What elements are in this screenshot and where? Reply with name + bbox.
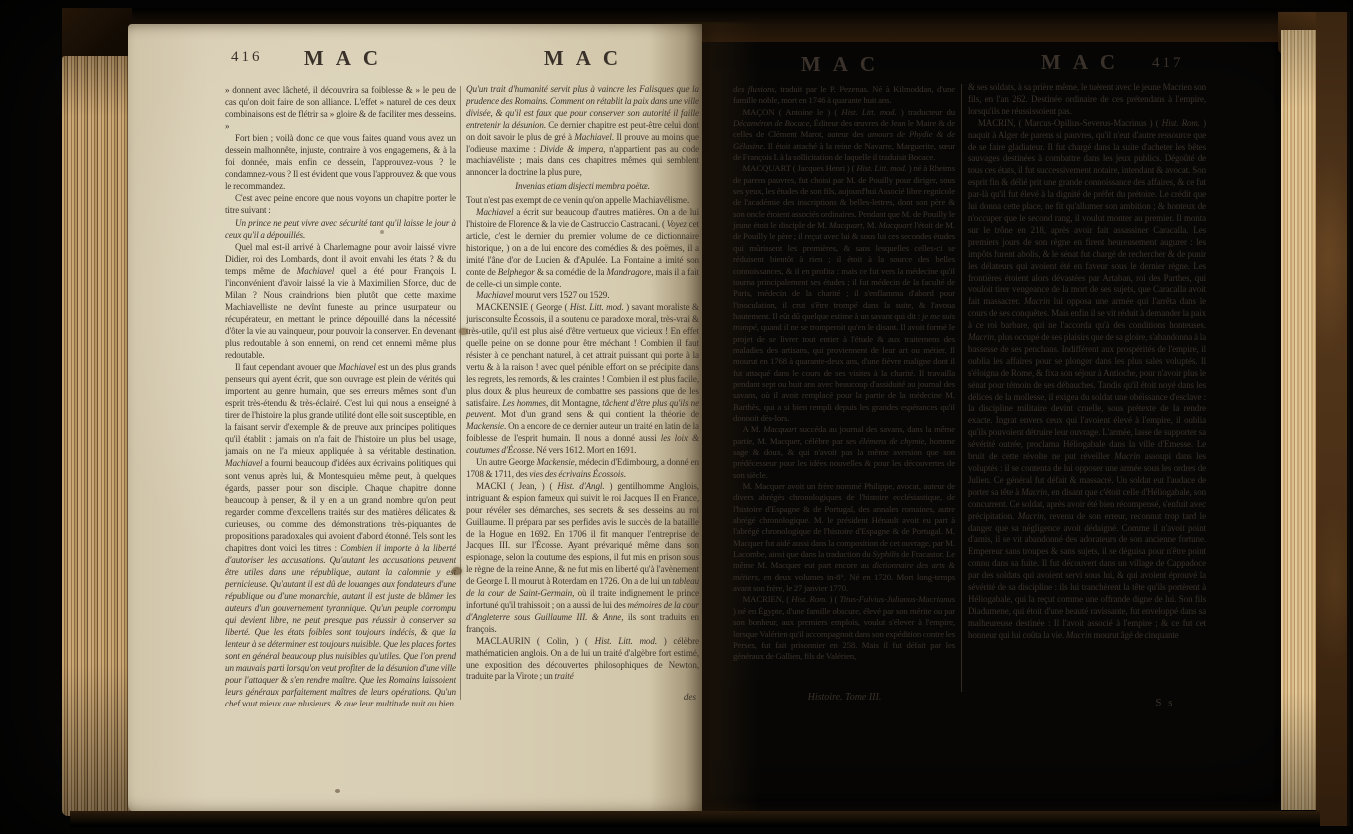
paragraph: C'est avec peine encore que nous voyons …: [225, 192, 456, 216]
photograph-of-open-book: 416 MAC MAC » donnent avec lâcheté, il d…: [0, 0, 1353, 834]
running-head-416-col2: MAC: [472, 46, 690, 71]
book-bottom-shadow: [70, 811, 1320, 827]
right-leather-cover: [1316, 12, 1350, 826]
paragraph: Quel mal est-il arrivé à Charlemagne pou…: [225, 241, 456, 361]
paragraph: MACKI ( Jean, ) ( Hist. d'Angl. ) gentil…: [466, 481, 699, 636]
running-head-417-col2: MAC: [978, 50, 1178, 75]
volume-footer: Histoire. Tome III.: [752, 692, 937, 703]
running-head-417-col1: MAC: [733, 52, 943, 77]
paragraph: A M. Macquart succéda au journal des sav…: [733, 424, 955, 481]
page-416-column-1: » donnent avec lâcheté, il découvrira sa…: [225, 84, 456, 706]
paragraph: & ses soldats, à sa prière même, le tuèr…: [968, 82, 1206, 118]
paragraph: des fluxions, traduit par le P. Pezenas.…: [733, 84, 955, 107]
right-page-edge-stack: [1281, 30, 1316, 810]
paragraph: Qu'un trait d'humanité servit plus à vai…: [466, 84, 699, 179]
page-417-column-2: & ses soldats, à sa prière même, le tuèr…: [968, 82, 1206, 696]
page-417-column-1: des fluxions, traduit par le P. Pezenas.…: [733, 84, 955, 686]
running-head-416-col1: MAC: [232, 46, 450, 71]
paragraph: MACRIEN, ( Hist. Rom. ) ( Titus-Fulvius-…: [733, 594, 955, 662]
paragraph: MACLAURIN ( Colin, ) ( Hist. Litt. mod. …: [466, 636, 699, 684]
signature-mark: S s: [1130, 697, 1200, 709]
column-rule-417: [961, 84, 962, 692]
left-page-edge-stack: [62, 56, 130, 816]
paragraph: Tout n'est pas exempt de ce venin qu'on …: [466, 195, 699, 207]
catchword: des: [630, 692, 696, 702]
paragraph: Un prince ne peut vivre avec sécurité ta…: [225, 217, 456, 241]
page-416-column-2: Qu'un trait d'humanité servit plus à vai…: [466, 84, 699, 706]
paragraph: MACRIN, ( Marcus-Opilius-Severus-Macrinu…: [968, 118, 1206, 642]
paragraph: Machiavel mourut vers 1527 ou 1529.: [466, 290, 699, 302]
paragraph: Il faut cependant avouer que Machiavel e…: [225, 361, 456, 706]
paragraph: Fort bien ; voilà donc ce que vous faite…: [225, 132, 456, 192]
paragraph: Un autre George Mackensie, médecin d'Edi…: [466, 457, 699, 481]
column-rule-416: [460, 86, 461, 700]
paragraph: MACQUART ( Jacques Henri ) ( Hist. Litt.…: [733, 163, 955, 424]
page-number-417: 417: [1152, 55, 1184, 72]
paragraph: » donnent avec lâcheté, il découvrira sa…: [225, 84, 456, 132]
paragraph: Machiavel a écrit sur beaucoup d'autres …: [466, 207, 699, 290]
paragraph: Invenias etiam disjecti membra poëtæ.: [466, 181, 699, 193]
paragraph: MAÇON ( Antoine le ) ( Hist. Litt. mod. …: [733, 107, 955, 164]
paragraph: MACKENSIE ( George ( Hist. Litt. mod. ) …: [466, 302, 699, 457]
paragraph: M. Macquer avoit un frère nommé Philippe…: [733, 481, 955, 594]
